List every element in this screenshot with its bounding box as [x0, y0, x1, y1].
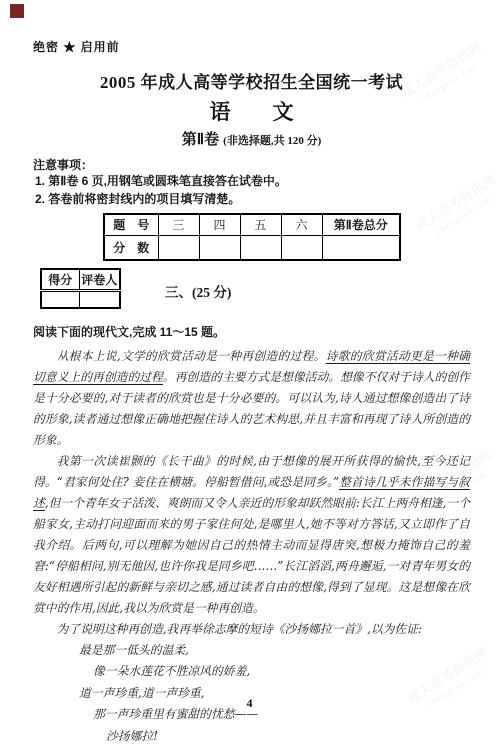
- grader-empty-cell: [79, 290, 120, 308]
- passage-paragraph: 从根本上说,文学的欣赏活动是一种再创造的过程。诗歌的欣赏活动更是一种确切意义上的…: [33, 346, 470, 451]
- corner-logo-mark: [10, 4, 24, 18]
- notice-heading: 注意事项：: [33, 156, 470, 173]
- passage-text: ,但一个青年女子活泼、爽朗而又令人亲近的形象却跃然眼前:长江上两舟相逢,一个船家…: [33, 496, 470, 615]
- score-empty-cell: [322, 235, 400, 260]
- volume-line: 第Ⅱ卷 (非选择题,共 120 分): [33, 128, 470, 149]
- notice-item: 1. 第Ⅱ卷 6 页,用钢笔或圆珠笔直接答在试卷中。: [35, 173, 470, 191]
- score-empty-cell: [240, 235, 281, 260]
- score-label-cell: 得分: [41, 269, 79, 290]
- grader-box-empty-row: [41, 290, 120, 308]
- grader-score-box: 得分 评卷人: [40, 268, 121, 309]
- score-table-header-row: 题 号 三 四 五 六 第Ⅱ卷总分: [104, 214, 400, 235]
- reading-instruction: 阅读下面的现代文,完成 11～15 题。: [33, 323, 470, 340]
- volume-note: (非选择题,共 120 分): [223, 135, 321, 147]
- score-empty-cell: [199, 235, 240, 260]
- volume-label: 第Ⅱ卷: [182, 132, 219, 148]
- subject-title: 语 文: [33, 96, 470, 126]
- grader-section-row: 得分 评卷人 三、(25 分): [33, 268, 470, 309]
- score-table-header-cell: 五: [240, 214, 281, 235]
- passage-paragraph: 为了说明这种再创造,我再举徐志摩的短诗《沙扬娜拉一首》,以为佐证:: [33, 619, 470, 640]
- score-table-header-cell: 四: [199, 214, 240, 235]
- grader-empty-cell: [41, 290, 79, 308]
- score-table-header-cell: 六: [281, 214, 322, 235]
- page-number: 4: [0, 696, 499, 711]
- score-row-label-cell: 分 数: [104, 235, 158, 260]
- score-table-header-cell: 第Ⅱ卷总分: [322, 214, 400, 235]
- score-table-value-row: 分 数: [104, 235, 400, 260]
- classification-label: 绝密 ★ 启用前: [33, 38, 470, 55]
- poem-line: 最是那一低头的温柔,: [33, 640, 470, 661]
- score-table-header-cell: 题 号: [104, 214, 158, 235]
- score-empty-cell: [158, 235, 199, 260]
- notice-item: 2. 答卷前将密封线内的项目填写清楚。: [35, 191, 470, 209]
- poem-block: 最是那一低头的温柔, 像一朵水莲花不胜凉风的娇羞, 道一声珍重,道一声珍重, 那…: [33, 640, 470, 744]
- poem-line: 沙扬娜拉!: [33, 726, 470, 744]
- section-heading: 三、(25 分): [165, 281, 231, 301]
- exam-paper-page: 成人高考资讯网 chengkao.com 成人高考资讯网 chengkao.co…: [0, 0, 499, 744]
- score-summary-table: 题 号 三 四 五 六 第Ⅱ卷总分 分 数: [103, 213, 401, 261]
- reading-passage: 从根本上说,文学的欣赏活动是一种再创造的过程。诗歌的欣赏活动更是一种确切意义上的…: [33, 346, 470, 744]
- passage-text: 从根本上说,文学的欣赏活动是一种再创造的过程。: [57, 349, 326, 363]
- grader-box-header-row: 得分 评卷人: [41, 269, 120, 290]
- exam-title: 2005 年成人高等学校招生全国统一考试: [33, 68, 470, 93]
- score-empty-cell: [281, 235, 322, 260]
- grader-label-cell: 评卷人: [79, 269, 120, 290]
- passage-paragraph: 我第一次读崔颢的《长干曲》的时候,由于想像的展开所获得的愉快,至今还记得。“君家…: [33, 451, 470, 619]
- poem-line: 像一朵水莲花不胜凉风的娇羞,: [33, 661, 470, 682]
- score-table-header-cell: 三: [158, 214, 199, 235]
